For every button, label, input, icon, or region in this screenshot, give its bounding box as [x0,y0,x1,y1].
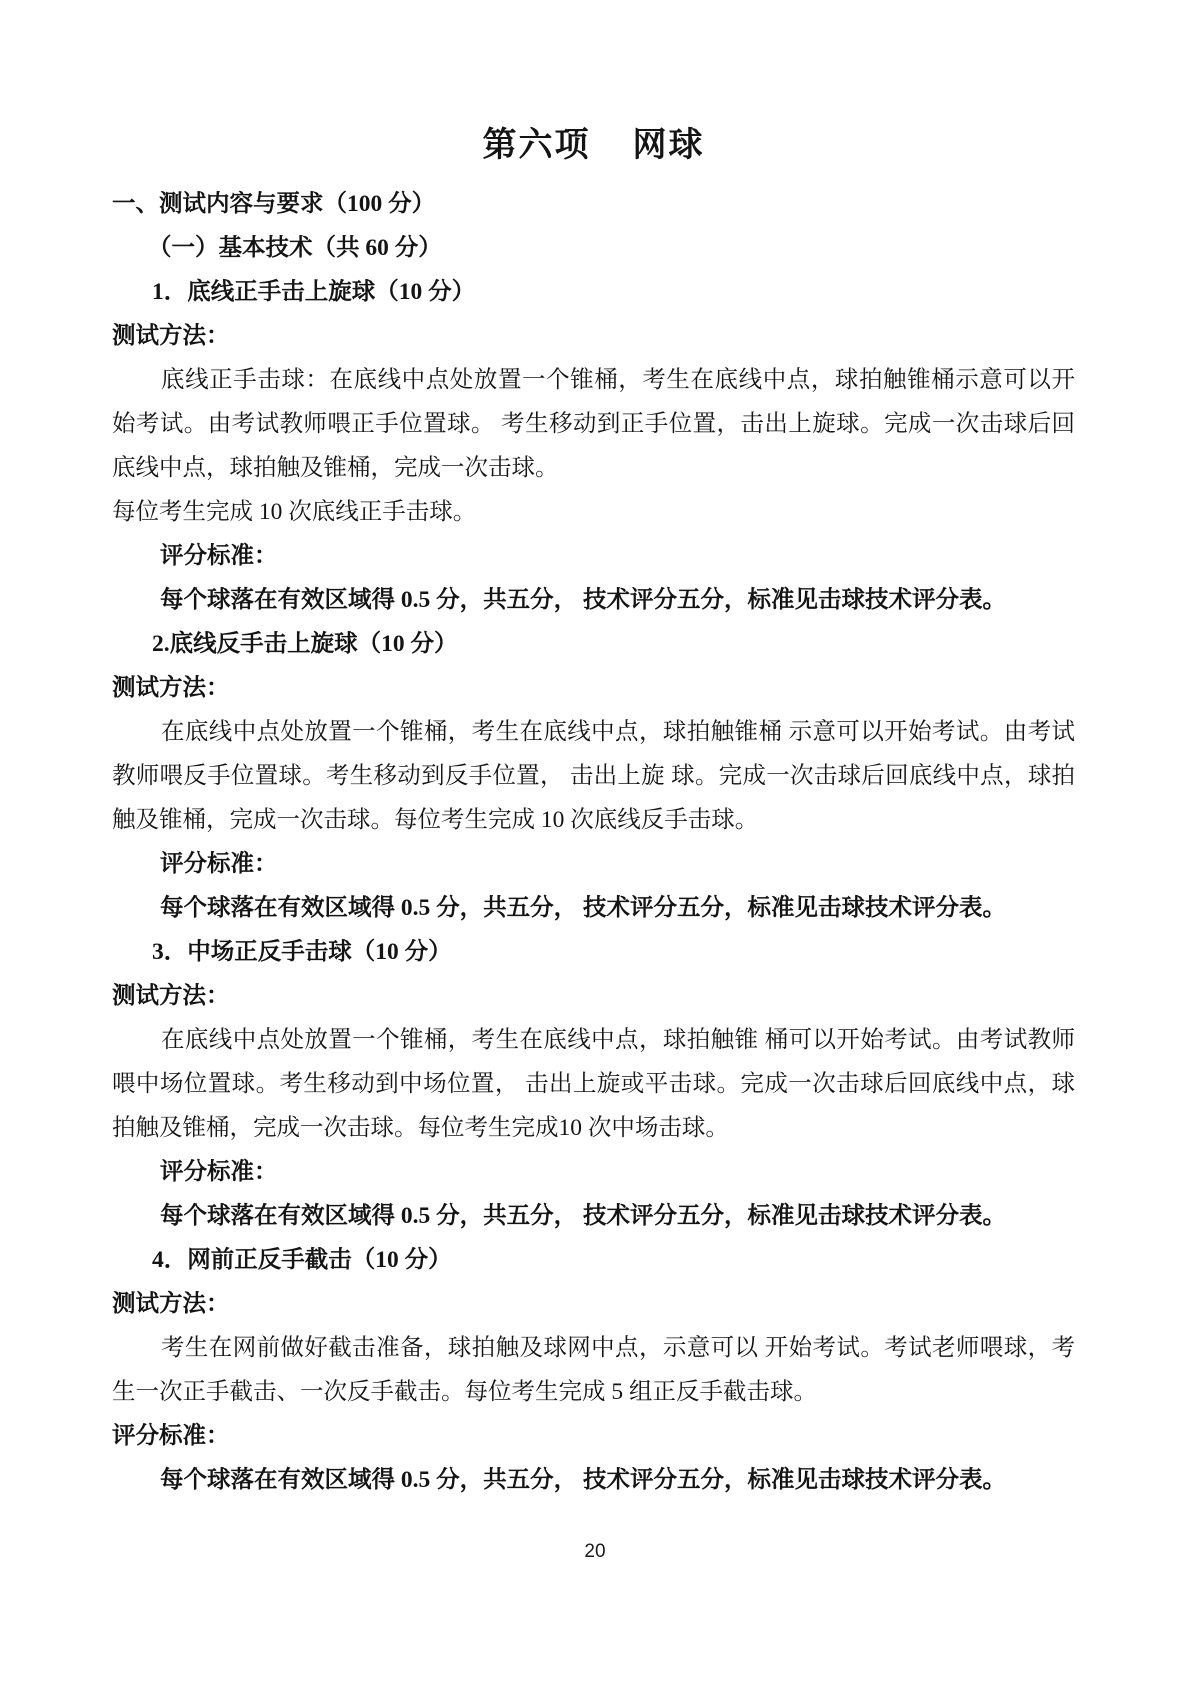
scoring-label-3: 评分标准： [112,1150,1075,1194]
document-title: 第六项网球 [112,122,1075,170]
method-label-3: 测试方法： [112,974,1075,1018]
document-title-part1: 第六项 [483,127,591,164]
scoring-text-3: 每个球落在有效区域得 0.5 分，共五分， 技术评分五分，标准见击球技术评分表。 [112,1194,1075,1238]
scoring-text-4: 每个球落在有效区域得 0.5 分，共五分， 技术评分五分，标准见击球技术评分表。 [112,1458,1075,1502]
scoring-label-4: 评分标准： [112,1414,1075,1458]
scoring-label-2: 评分标准： [112,842,1075,886]
method-text-4: 考生在网前做好截击准备，球拍触及球网中点，示意可以 开始考试。考试老师喂球，考生… [112,1326,1075,1414]
item-heading-4-net-volley: 4．网前正反手截击（10 分） [112,1238,1075,1282]
method-text-3: 在底线中点处放置一个锥桶，考生在底线中点，球拍触锥 桶可以开始考试。由考试教师喂… [112,1018,1075,1150]
item-heading-2-backhand-topspin: 2.底线反手击上旋球（10 分） [112,622,1075,666]
method-text-2: 在底线中点处放置一个锥桶，考生在底线中点，球拍触锥桶 示意可以开始考试。由考试教… [112,710,1075,842]
item-heading-1-forehand-topspin: 1．底线正手击上旋球（10 分） [112,270,1075,314]
item-heading-3-midcourt-groundstrokes: 3．中场正反手击球（10 分） [112,930,1075,974]
scoring-label-1: 评分标准： [112,534,1075,578]
method-label-2: 测试方法： [112,666,1075,710]
page-number: 20 [0,1541,1190,1563]
document-title-part2: 网球 [633,127,705,164]
method-label-1: 测试方法： [112,314,1075,358]
section-heading-test-content: 一、测试内容与要求（100 分） [112,182,1075,226]
document-page: 第六项网球 一、测试内容与要求（100 分） （一）基本技术（共 60 分） 1… [0,0,1190,1683]
method-note-1: 每位考生完成 10 次底线正手击球。 [112,490,1075,534]
subsection-heading-basic-skills: （一）基本技术（共 60 分） [112,226,1075,270]
scoring-text-1: 每个球落在有效区域得 0.5 分，共五分， 技术评分五分，标准见击球技术评分表。 [112,578,1075,622]
scoring-text-2: 每个球落在有效区域得 0.5 分，共五分， 技术评分五分，标准见击球技术评分表。 [112,886,1075,930]
method-text-1: 底线正手击球：在底线中点处放置一个锥桶，考生在底线中点，球拍触锥桶示意可以开始考… [112,358,1075,490]
method-label-4: 测试方法： [112,1282,1075,1326]
